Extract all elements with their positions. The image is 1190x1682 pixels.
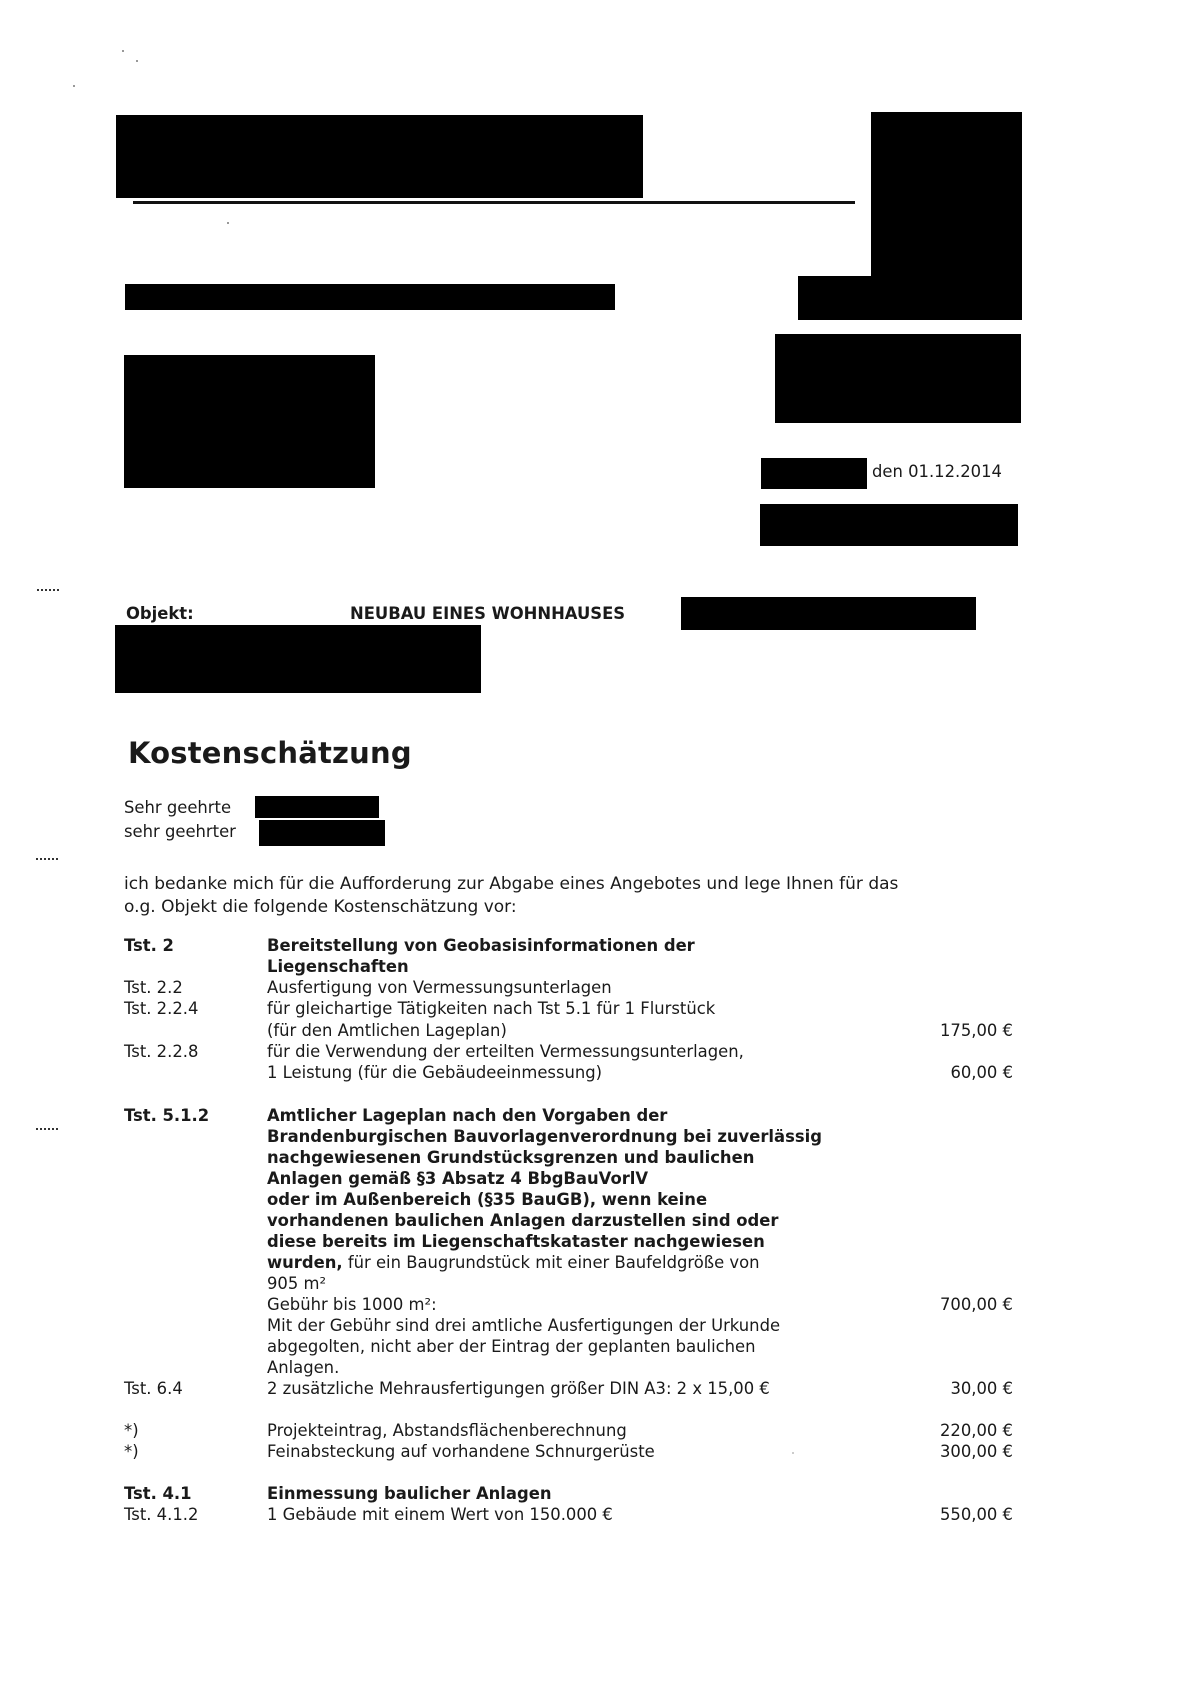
item-desc: Brandenburgischen Bauvorlagenverordnung …	[267, 1126, 822, 1147]
redacted-sender-block	[871, 112, 1022, 320]
item-amount: 700,00 €	[940, 1294, 1013, 1315]
intro-line-1: ich bedanke mich für die Aufforderung zu…	[124, 873, 898, 896]
redacted-object-detail	[115, 625, 481, 693]
salutation-line-1: Sehr geehrte	[124, 797, 231, 818]
redacted-name-1	[255, 796, 379, 818]
document-title: Kostenschätzung	[128, 735, 412, 771]
redacted-contact-block	[775, 334, 1021, 423]
scan-speck	[122, 50, 124, 52]
item-desc: Ausfertigung von Vermessungsunterlagen	[267, 977, 612, 998]
redacted-sender-block-step	[798, 276, 872, 320]
item-amount: 220,00 €	[940, 1420, 1013, 1441]
fold-mark	[36, 858, 58, 860]
fold-mark	[36, 1128, 58, 1130]
redacted-return-address	[125, 284, 615, 310]
item-desc: Feinabsteckung auf vorhandene Schnurgerü…	[267, 1441, 655, 1462]
item-desc: (für den Amtlichen Lageplan)	[267, 1020, 507, 1041]
item-desc: 1 Leistung (für die Gebäudeeinmessung)	[267, 1062, 602, 1083]
item-desc: für die Verwendung der erteilten Vermess…	[267, 1041, 744, 1062]
item-desc: Projekteintrag, Abstandsflächenberechnun…	[267, 1420, 627, 1441]
scan-speck	[136, 60, 138, 62]
item-desc: Mit der Gebühr sind drei amtliche Ausfer…	[267, 1315, 780, 1336]
letterhead-rule	[133, 201, 855, 204]
item-label: *)	[124, 1441, 139, 1462]
item-desc: Einmessung baulicher Anlagen	[267, 1483, 552, 1504]
item-desc: 905 m²	[267, 1273, 326, 1294]
item-label: *)	[124, 1420, 139, 1441]
item-label: Tst. 2	[124, 935, 174, 956]
redacted-place	[761, 458, 867, 489]
item-label: Tst. 4.1	[124, 1483, 192, 1504]
item-label: Tst. 5.1.2	[124, 1105, 209, 1126]
item-desc: 2 zusätzliche Mehrausfertigungen größer …	[267, 1378, 770, 1399]
scan-speck	[227, 222, 229, 224]
scan-speck	[73, 85, 75, 87]
item-desc-regular-part: für ein Baugrundstück mit einer Baufeldg…	[343, 1253, 760, 1272]
item-amount: 30,00 €	[950, 1378, 1013, 1399]
item-desc: 1 Gebäude mit einem Wert von 150.000 €	[267, 1504, 613, 1525]
item-desc-bold-part: wurden,	[267, 1253, 343, 1272]
item-label: Tst. 4.1.2	[124, 1504, 198, 1525]
item-desc: Liegenschaften	[267, 956, 409, 977]
item-label: Tst. 2.2.8	[124, 1041, 198, 1062]
item-desc: nachgewiesenen Grundstücksgrenzen und ba…	[267, 1147, 754, 1168]
item-desc: Anlagen.	[267, 1357, 339, 1378]
redacted-object-address	[681, 597, 976, 630]
item-label: Tst. 6.4	[124, 1378, 183, 1399]
item-desc: Amtlicher Lageplan nach den Vorgaben der	[267, 1105, 667, 1126]
redacted-name-2	[259, 820, 385, 846]
item-amount: 550,00 €	[940, 1504, 1013, 1525]
fold-mark	[37, 589, 59, 591]
item-desc-mixed: wurden, für ein Baugrundstück mit einer …	[267, 1252, 760, 1273]
item-amount: 175,00 €	[940, 1020, 1013, 1041]
item-label: Tst. 2.2.4	[124, 998, 198, 1019]
item-desc: Anlagen gemäß §3 Absatz 4 BbgBauVorlV	[267, 1168, 648, 1189]
item-desc: abgegolten, nicht aber der Eintrag der g…	[267, 1336, 756, 1357]
item-amount: 60,00 €	[950, 1062, 1013, 1083]
item-desc: Bereitstellung von Geobasisinformationen…	[267, 935, 695, 956]
item-desc: vorhandenen baulichen Anlagen darzustell…	[267, 1210, 778, 1231]
item-desc: oder im Außenbereich (§35 BauGB), wenn k…	[267, 1189, 707, 1210]
date-line: den 01.12.2014	[872, 461, 1002, 482]
item-label: Tst. 2.2	[124, 977, 183, 998]
item-desc: diese bereits im Liegenschaftskataster n…	[267, 1231, 765, 1252]
redacted-recipient-address	[124, 355, 375, 488]
salutation-line-2: sehr geehrter	[124, 821, 236, 842]
item-desc: Gebühr bis 1000 m²:	[267, 1294, 437, 1315]
intro-line-2: o.g. Objekt die folgende Kostenschätzung…	[124, 896, 517, 919]
redacted-reference	[760, 504, 1018, 546]
object-label: Objekt:	[126, 603, 194, 624]
item-desc: für gleichartige Tätigkeiten nach Tst 5.…	[267, 998, 715, 1019]
object-value: NEUBAU EINES WOHNHAUSES	[350, 603, 625, 624]
item-amount: 300,00 €	[940, 1441, 1013, 1462]
redacted-letterhead	[116, 115, 643, 198]
scan-speck	[792, 1452, 794, 1454]
